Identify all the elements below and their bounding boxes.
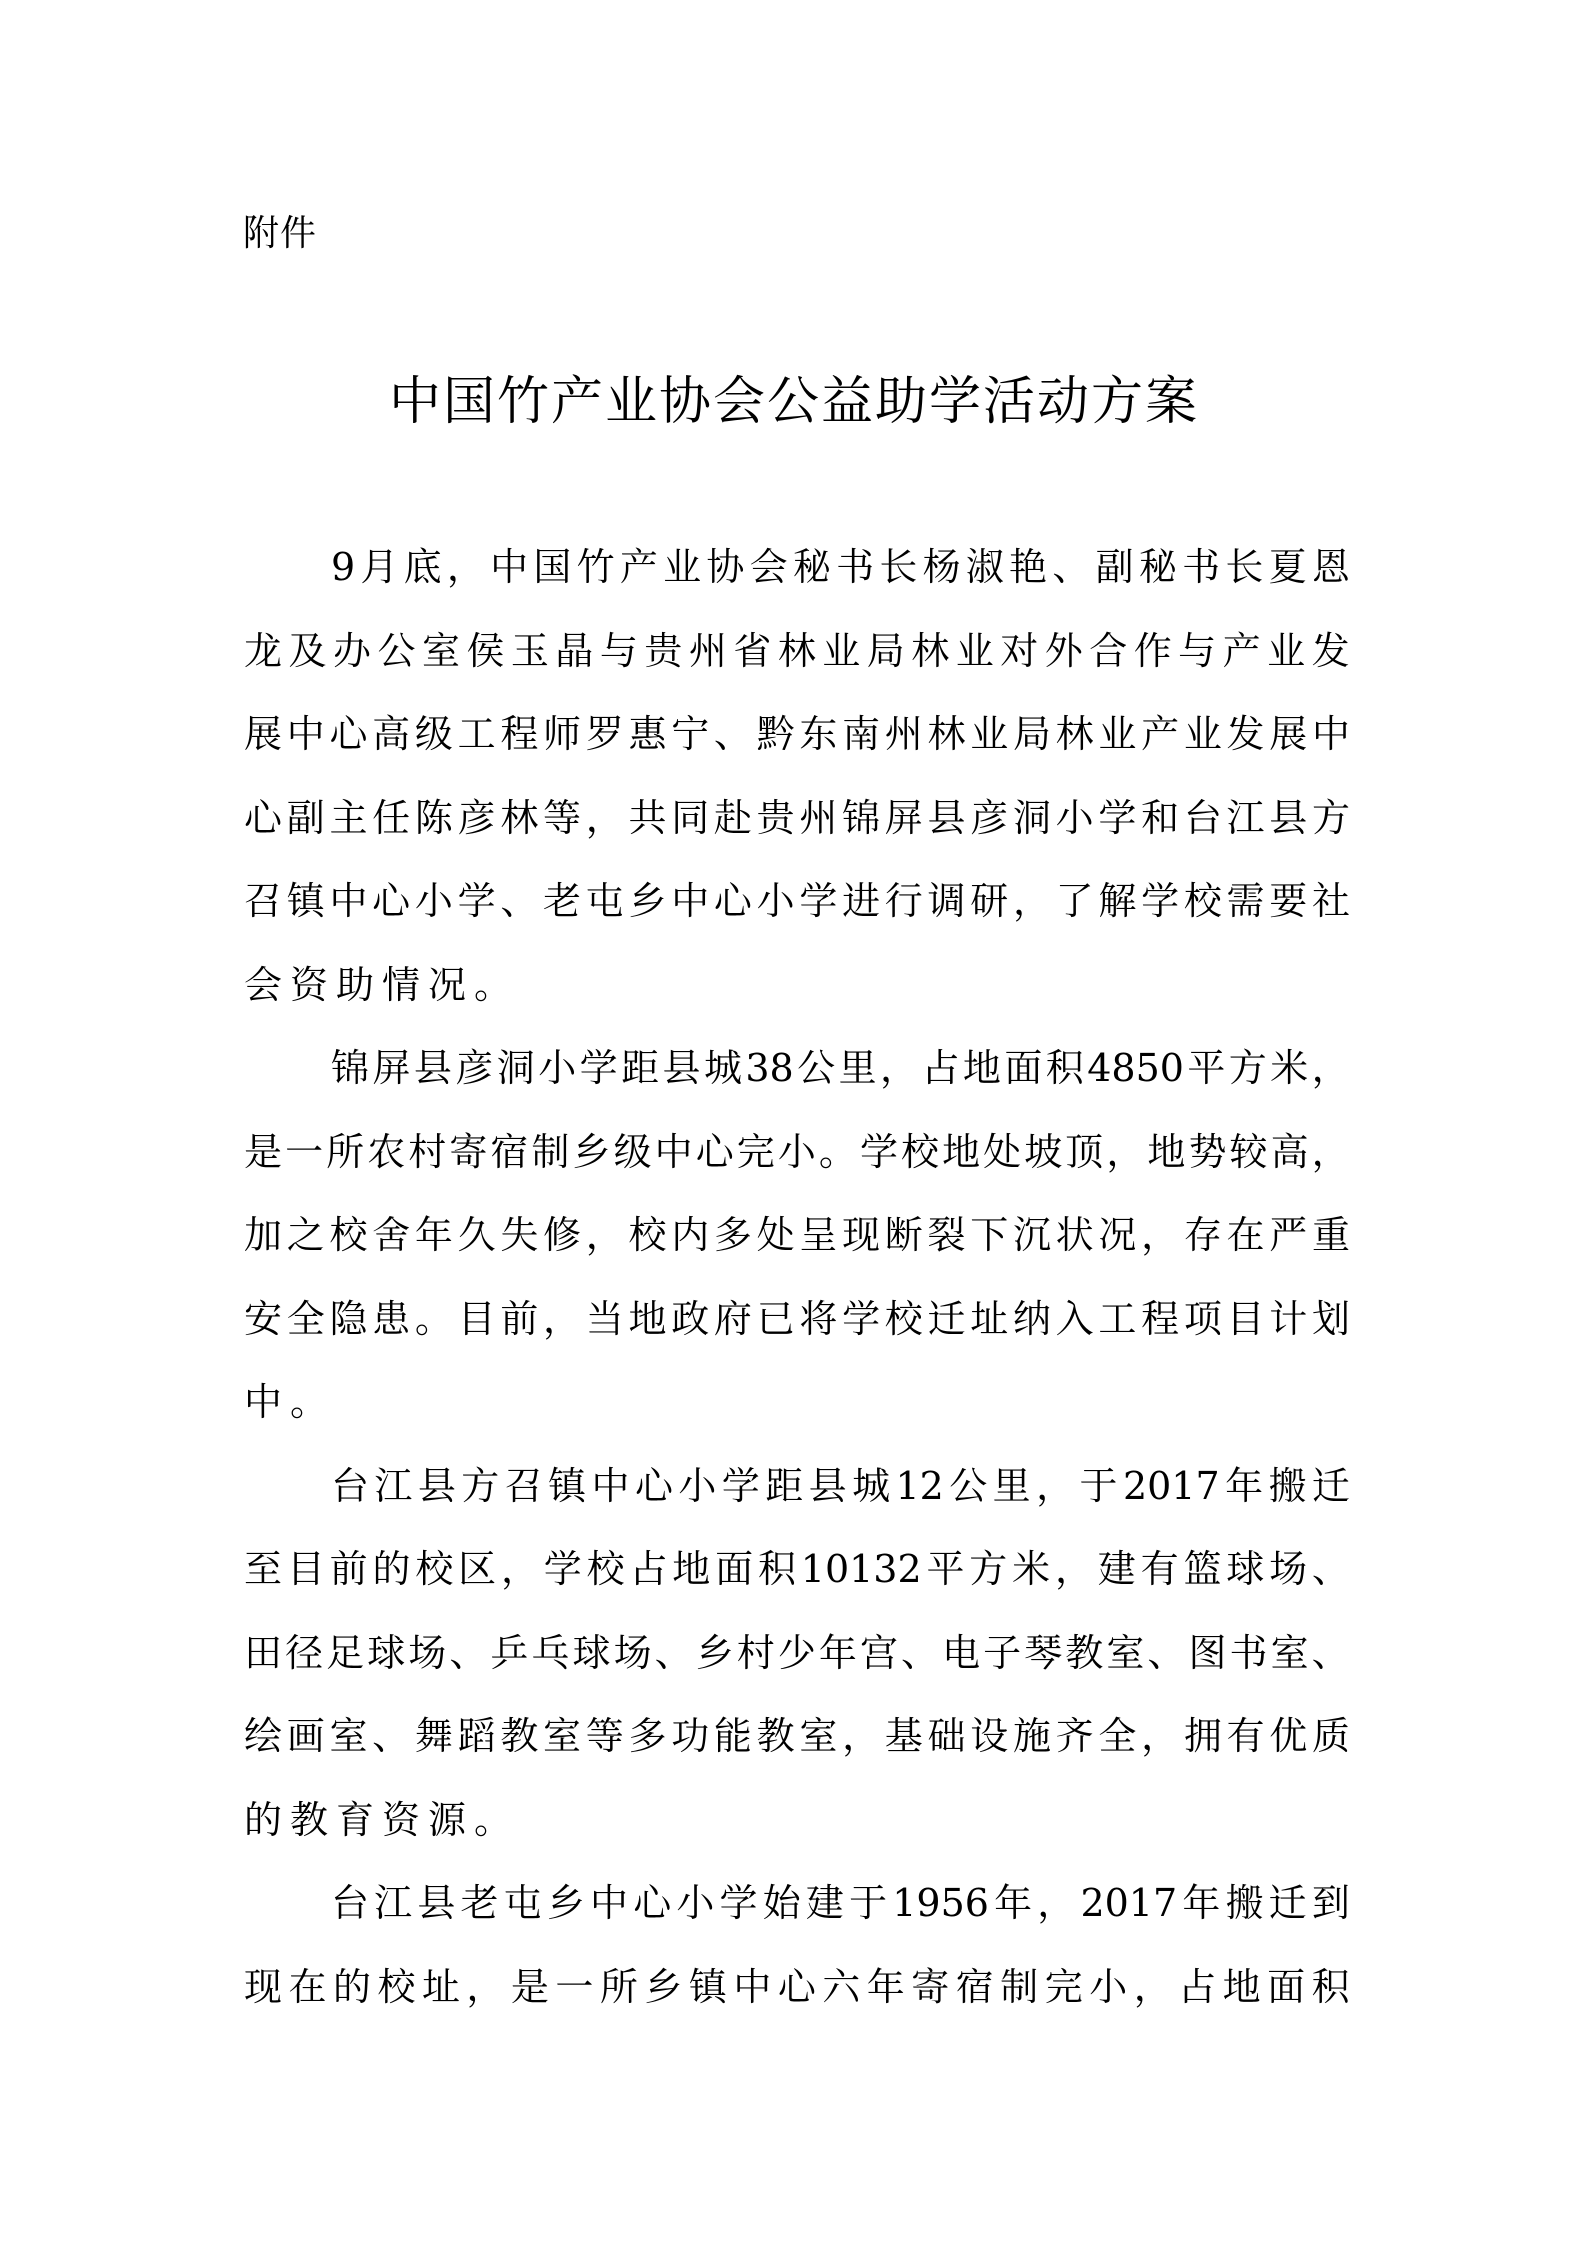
- text-line: 台江县老屯乡中心小学始建于1956年，2017年搬迁到: [244, 1879, 1350, 1963]
- text-line: 中。: [244, 1378, 1350, 1462]
- paragraph: 9月底，中国竹产业协会秘书长杨淑艳、副秘书长夏恩 龙及办公室侯玉晶与贵州省林业局…: [244, 543, 1350, 1044]
- paragraph: 台江县方召镇中心小学距县城12公里，于2017年搬迁 至目前的校区，学校占地面积…: [244, 1462, 1350, 1880]
- text-line: 召镇中心小学、老屯乡中心小学进行调研，了解学校需要社: [244, 877, 1350, 961]
- paragraph: 台江县老屯乡中心小学始建于1956年，2017年搬迁到 现在的校址，是一所乡镇中…: [244, 1879, 1350, 2046]
- document-page: 附件 中国竹产业协会公益助学活动方案 9月底，中国竹产业协会秘书长杨淑艳、副秘书…: [0, 0, 1588, 2245]
- text-line: 展中心高级工程师罗惠宁、黔东南州林业局林业产业发展中: [244, 710, 1350, 794]
- text-line: 至目前的校区，学校占地面积10132平方米，建有篮球场、: [244, 1545, 1350, 1629]
- text-line: 加之校舍年久失修，校内多处呈现断裂下沉状况，存在严重: [244, 1211, 1350, 1295]
- text-line: 会资助情况。: [244, 961, 1350, 1045]
- text-line: 田径足球场、乒乓球场、乡村少年宫、电子琴教室、图书室、: [244, 1629, 1350, 1713]
- text-line: 是一所农村寄宿制乡级中心完小。学校地处坡顶，地势较高，: [244, 1128, 1350, 1212]
- text-line: 现在的校址，是一所乡镇中心六年寄宿制完小，占地面积: [244, 1963, 1350, 2047]
- document-title: 中国竹产业协会公益助学活动方案: [0, 372, 1588, 432]
- text-line: 台江县方召镇中心小学距县城12公里，于2017年搬迁: [244, 1462, 1350, 1546]
- text-line: 安全隐患。目前，当地政府已将学校迁址纳入工程项目计划: [244, 1295, 1350, 1379]
- text-line: 龙及办公室侯玉晶与贵州省林业局林业对外合作与产业发: [244, 627, 1350, 711]
- text-line: 的教育资源。: [244, 1796, 1350, 1880]
- text-line: 绘画室、舞蹈教室等多功能教室，基础设施齐全，拥有优质: [244, 1712, 1350, 1796]
- attachment-label: 附件: [243, 212, 317, 256]
- document-body: 9月底，中国竹产业协会秘书长杨淑艳、副秘书长夏恩 龙及办公室侯玉晶与贵州省林业局…: [244, 543, 1350, 2046]
- text-line: 心副主任陈彦林等，共同赴贵州锦屏县彦洞小学和台江县方: [244, 794, 1350, 878]
- text-line: 锦屏县彦洞小学距县城38公里，占地面积4850平方米，: [244, 1044, 1350, 1128]
- paragraph: 锦屏县彦洞小学距县城38公里，占地面积4850平方米， 是一所农村寄宿制乡级中心…: [244, 1044, 1350, 1462]
- text-line: 9月底，中国竹产业协会秘书长杨淑艳、副秘书长夏恩: [244, 543, 1350, 627]
